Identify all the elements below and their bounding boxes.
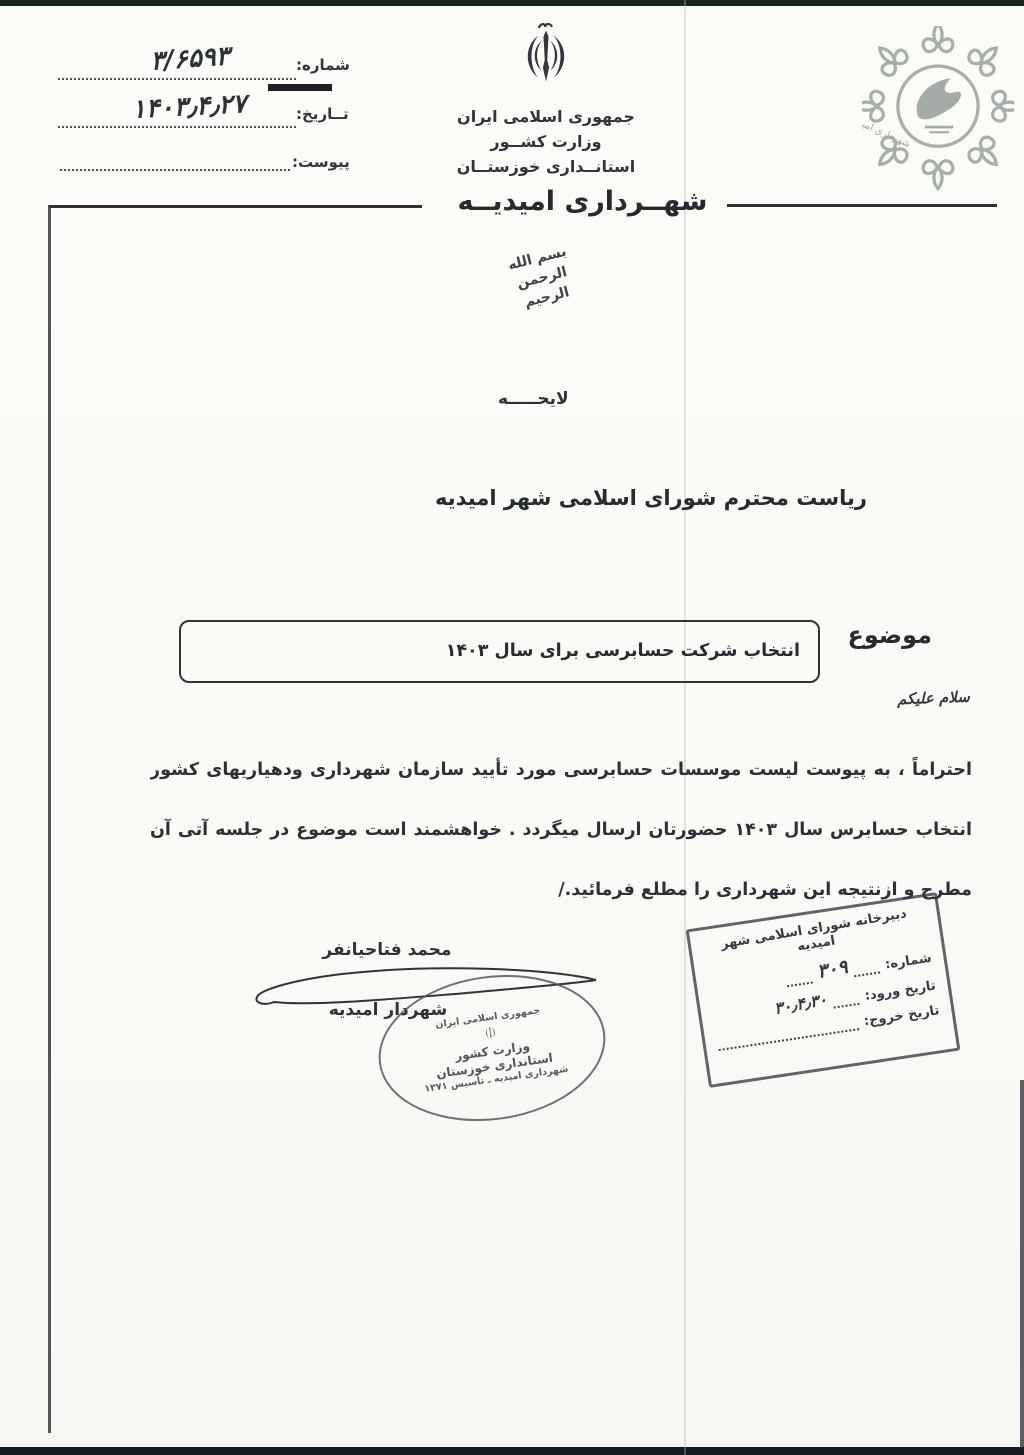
- entry-date-value: ۳۰٫۴٫۳۰: [773, 990, 829, 1018]
- gov-line-governorate: استانــداری خوزستــان: [400, 154, 692, 179]
- iran-emblem-icon: [515, 18, 577, 100]
- government-header: جمهوری اسلامی ایران وزارت کشــور استانــ…: [400, 18, 692, 179]
- subject-label: موضوع: [847, 621, 932, 649]
- number-label: شماره:: [296, 56, 350, 74]
- entry-number-dots-2: [784, 968, 812, 988]
- municipality-logo-text: شهرداری امیدیه: [862, 114, 912, 150]
- bismillah-calligraphy: بسم الله الرحمن الرحیم: [492, 238, 592, 318]
- entry-number-value: ۳۰۹: [815, 956, 849, 983]
- letter-date-value: ۱۴۰۳٫۴٫۲۷: [77, 86, 300, 128]
- title-rule-right: [727, 204, 997, 207]
- attachment-dotted-line: [60, 169, 290, 171]
- doc-type-label: لایحـــــه: [498, 389, 569, 409]
- number-dotted-line: [58, 78, 296, 80]
- content-frame-left-border: [48, 205, 51, 1433]
- greeting-line: سلام علیکم: [897, 688, 970, 709]
- body-line-2: انتخاب حسابرس سال ۱۴۰۳ حضورتان ارسال میگ…: [150, 800, 972, 860]
- body-line-1: احتراماً ، به پیوست لیست موسسات حسابرسی …: [150, 740, 972, 800]
- date-dotted-line: [58, 126, 296, 128]
- entry-number-dots: [852, 958, 880, 978]
- exit-date-label: تاریخ خروج:: [863, 1003, 941, 1029]
- attachment-label: پیوست:: [292, 153, 350, 171]
- municipality-title: شهــرداری امیدیــه: [436, 186, 729, 217]
- gov-line-ministry: وزارت کشــور: [400, 129, 692, 154]
- date-label: تــاریخ:: [296, 105, 349, 123]
- scanner-line-artifact: [684, 0, 686, 1455]
- scan-edge-bottom: [0, 1447, 1024, 1455]
- secretariat-entry-stamp: دبیرخانه شورای اسلامی شهر امیدیه شماره: …: [686, 892, 961, 1088]
- scan-edge-top: [0, 0, 1024, 6]
- scanned-letter-page: ۳/۶۵۹۳ شماره: ۱۴۰۳٫۴٫۲۷ تــاریخ: پیوست: …: [0, 0, 1024, 1455]
- municipality-logo-icon: شهرداری امیدیه: [862, 26, 1014, 194]
- scan-edge-right: [1020, 1080, 1024, 1447]
- body-paragraph: احتراماً ، به پیوست لیست موسسات حسابرسی …: [150, 740, 972, 920]
- recipient-line: ریاست محترم شورای اسلامی شهر امیدیه: [435, 486, 867, 510]
- signer-name: محمد فتاحیانفر: [322, 940, 452, 960]
- gov-line-country: جمهوری اسلامی ایران: [400, 104, 692, 129]
- subject-value: انتخاب شرکت حسابرسی برای سال ۱۴۰۳: [181, 622, 818, 681]
- letter-number-value: ۳/۶۵۹۳: [84, 37, 296, 82]
- title-rule-left: [49, 205, 422, 208]
- entry-number-label: شماره:: [884, 951, 932, 973]
- entry-date-dots: [832, 989, 860, 1009]
- entry-date-label: تاریخ ورود:: [864, 978, 937, 1003]
- subject-box: انتخاب شرکت حسابرسی برای سال ۱۴۰۳: [179, 620, 820, 683]
- oval-stamp-emblem-icon: [481, 1023, 498, 1044]
